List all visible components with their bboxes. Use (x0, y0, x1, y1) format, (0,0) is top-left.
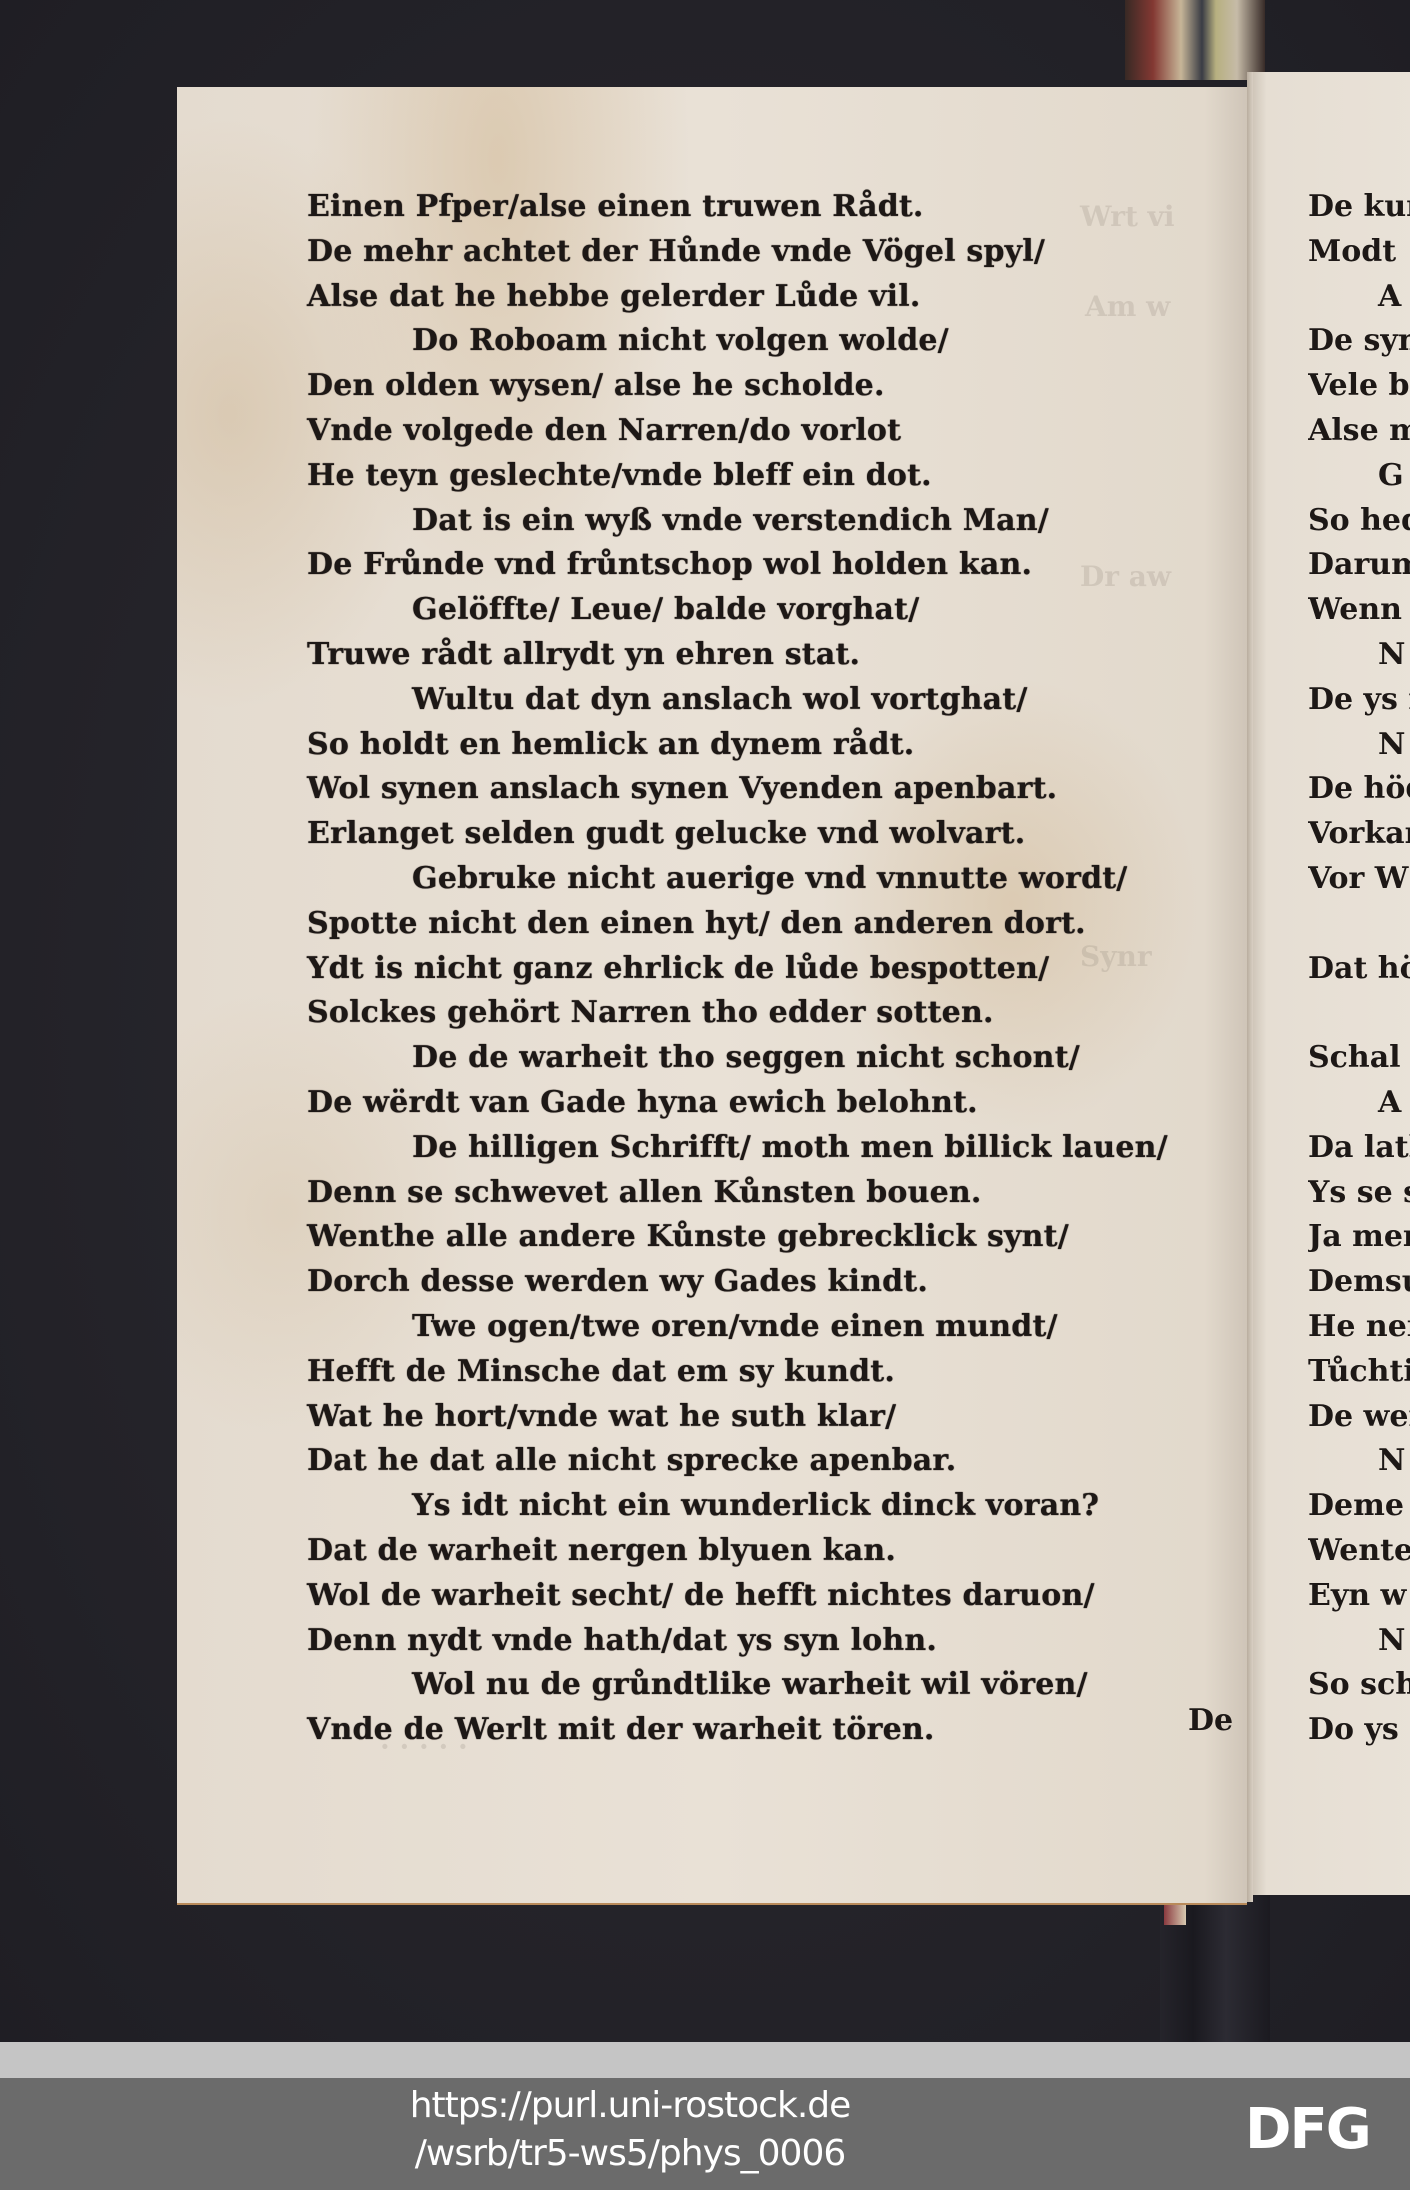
text-line: De syne (1308, 319, 1410, 364)
text-line: Solckes gehört Narren tho edder sotten. (307, 991, 1207, 1036)
text-line (1308, 902, 1410, 947)
text-line: De de warheit tho seggen nicht schont/ (307, 1036, 1207, 1081)
text-line: Wol nu de grůndtlike warheit wil vören/ (307, 1663, 1207, 1708)
text-line (1308, 991, 1410, 1036)
text-line: Gebruke nicht auerige vnd vnnutte wordt/ (307, 857, 1207, 902)
text-line: Demsu (1308, 1260, 1410, 1305)
catchword: De (1188, 1703, 1233, 1738)
text-line: So holdt en hemlick an dynem rådt. (307, 723, 1207, 768)
text-line: Ys idt nicht ein wunderlick dinck voran? (307, 1484, 1207, 1529)
text-line: Eyn w (1308, 1574, 1410, 1619)
text-line: De wërdt van Gade hyna ewich belohnt. (307, 1081, 1207, 1126)
text-line: Wat he hort/vnde wat he suth klar/ (307, 1395, 1207, 1440)
text-line: So sch (1308, 1663, 1410, 1708)
text-line: Wol de warheit secht/ de hefft nichtes d… (307, 1574, 1207, 1619)
text-line: Denn se schwevet allen Kůnsten bouen. (307, 1171, 1207, 1216)
text-line: Wente (1308, 1529, 1410, 1574)
text-line: Do ys (1308, 1708, 1410, 1753)
text-line: Deme y (1308, 1484, 1410, 1529)
text-line: Den olden wysen/ alse he scholde. (307, 364, 1207, 409)
text-line: Dat he dat alle nicht sprecke apenbar. (307, 1439, 1207, 1484)
text-line: Ys se sc (1308, 1171, 1410, 1216)
text-line: Ja men (1308, 1215, 1410, 1260)
left-page-text: Einen Pfper/alse einen truwen Rådt.De me… (307, 185, 1207, 1753)
text-line: G (1308, 454, 1410, 499)
text-line: A (1308, 275, 1410, 320)
text-line: A (1308, 1081, 1410, 1126)
right-page-text: De kunModtADe syneVele beAlse miGSo hedD… (1308, 185, 1410, 1753)
text-line: Vorkan (1308, 812, 1410, 857)
text-line: Ydt is nicht ganz ehrlick de lůde bespot… (307, 947, 1207, 992)
text-line: Wol synen anslach synen Vyenden apenbart… (307, 767, 1207, 812)
permalink[interactable]: https://purl.uni-rostock.de /wsrb/tr5-ws… (380, 2082, 880, 2178)
text-line: Wenn (1308, 588, 1410, 633)
text-line: Gelöffte/ Leue/ balde vorghat/ (307, 588, 1207, 633)
text-line: Denn nydt vnde hath/dat ys syn lohn. (307, 1619, 1207, 1664)
text-line: Vele be (1308, 364, 1410, 409)
text-line: Tůchtig (1308, 1350, 1410, 1395)
text-line: De Frůnde vnd frůntschop wol holden kan. (307, 543, 1207, 588)
text-line: Schal n (1308, 1036, 1410, 1081)
text-line: Alse dat he hebbe gelerder Lůde vil. (307, 275, 1207, 320)
text-line: Dat de warheit nergen blyuen kan. (307, 1529, 1207, 1574)
permalink-line-2[interactable]: /wsrb/tr5-ws5/phys_0006 (380, 2130, 880, 2178)
text-line: Da lath (1308, 1126, 1410, 1171)
text-line: N (1308, 1619, 1410, 1664)
footer-separator-band (0, 2042, 1410, 2078)
text-line: De ys r (1308, 678, 1410, 723)
text-line: Twe ogen/twe oren/vnde einen mundt/ (307, 1305, 1207, 1350)
text-line: Darum (1308, 543, 1410, 588)
text-line: Alse mi (1308, 409, 1410, 454)
text-line: So hed (1308, 499, 1410, 544)
book-spine-bottom (1160, 1895, 1270, 2042)
text-line: N (1308, 633, 1410, 678)
text-line: Einen Pfper/alse einen truwen Rådt. (307, 185, 1207, 230)
book-headband (1125, 0, 1265, 80)
text-line: De mehr achtet der Hůnde vnde Vögel spyl… (307, 230, 1207, 275)
text-line: Do Roboam nicht volgen wolde/ (307, 319, 1207, 364)
text-line: Dat is ein wyß vnde verstendich Man/ (307, 499, 1207, 544)
text-line: He nen (1308, 1305, 1410, 1350)
text-line: Hefft de Minsche dat em sy kundt. (307, 1350, 1207, 1395)
text-line: Wenthe alle andere Kůnste gebrecklick sy… (307, 1215, 1207, 1260)
text-line: De wer (1308, 1395, 1410, 1440)
text-line: He teyn geslechte/vnde bleff ein dot. (307, 454, 1207, 499)
text-line: N (1308, 1439, 1410, 1484)
text-line: De kun (1308, 185, 1410, 230)
text-line: Dorch desse werden wy Gades kindt. (307, 1260, 1207, 1305)
text-line: Spotte nicht den einen hyt/ den anderen … (307, 902, 1207, 947)
text-line: Wultu dat dyn anslach wol vortghat/ (307, 678, 1207, 723)
text-line: Vor W (1308, 857, 1410, 902)
text-line: Vnde volgede den Narren/do vorlot (307, 409, 1207, 454)
text-line: Erlanget selden gudt gelucke vnd wolvart… (307, 812, 1207, 857)
text-line: N (1308, 723, 1410, 768)
text-line: Dat hö (1308, 947, 1410, 992)
text-line: De höd (1308, 767, 1410, 812)
text-line: Vnde de Werlt mit der warheit tören. (307, 1708, 1207, 1753)
permalink-line-1[interactable]: https://purl.uni-rostock.de (380, 2082, 880, 2130)
dfg-logo: DFG (1245, 2104, 1395, 2156)
text-line: De hilligen Schrifft/ moth men billick l… (307, 1126, 1207, 1171)
text-line: Modt (1308, 230, 1410, 275)
text-line: Truwe rådt allrydt yn ehren stat. (307, 633, 1207, 678)
